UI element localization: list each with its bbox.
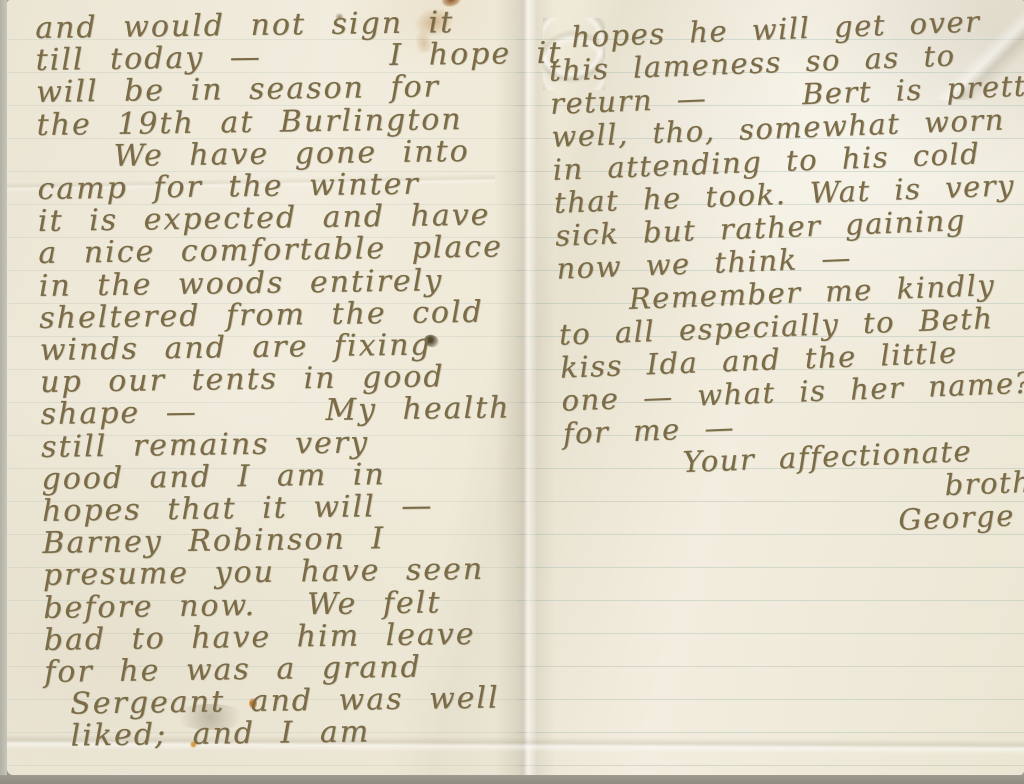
scan-edge-bottom [0,775,1024,784]
letter-page-right: hopes he will get overthis lameness so a… [547,4,1024,550]
letter-page-left: and would not sign ittill today — I hope… [35,6,537,753]
scanned-letter-image: { "letter": { "description": "Two-page h… [0,0,1024,784]
scan-edge-left [0,0,7,784]
letter-paper: and would not sign ittill today — I hope… [7,0,1024,775]
handwritten-line: liked; and I am [45,715,537,754]
